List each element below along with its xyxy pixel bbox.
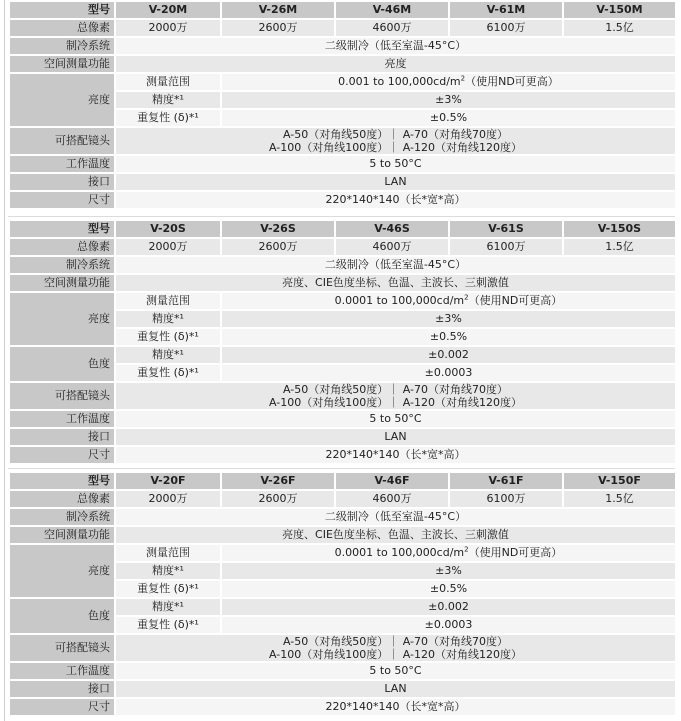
interface-value: LAN <box>116 681 675 697</box>
lum-repeat-value: ±0.5% <box>222 581 675 597</box>
lum-accuracy-label: 精度*¹ <box>116 92 220 108</box>
cooling-value: 二级制冷（低至室温-45°C） <box>116 38 675 54</box>
pixels-label: 总像素 <box>10 491 114 507</box>
lens-line-1: A-50（对角线50度）｜ A-70（对角线70度） <box>116 635 675 648</box>
size-label: 尺寸 <box>10 699 114 715</box>
chroma-accuracy-label: 精度*¹ <box>116 347 220 363</box>
temp-row: 工作温度 5 to 50°C <box>10 663 675 679</box>
chroma-accuracy-value: ±0.002 <box>222 599 675 615</box>
lens-line-2: A-100（对角线100度）｜ A-120（对角线120度） <box>116 396 675 409</box>
interface-value: LAN <box>116 429 675 445</box>
luminance-label: 亮度 <box>10 293 114 345</box>
lum-repeat-value: ±0.5% <box>222 329 675 345</box>
temp-row: 工作温度 5 to 50°C <box>10 156 675 172</box>
chroma-accuracy-label: 精度*¹ <box>116 599 220 615</box>
size-value: 220*140*140（长*宽*高） <box>116 699 675 715</box>
lum-range-text: 0.0001 to 100,000cd/m <box>335 546 464 559</box>
size-row: 尺寸 220*140*140（长*宽*高） <box>10 192 675 208</box>
temp-label: 工作温度 <box>10 156 114 172</box>
spatial-value: 亮度、CIE色度坐标、色温、主波长、三刺激值 <box>116 527 675 543</box>
lum-range-value: 0.001 to 100,000cd/m2（使用ND可更高） <box>222 74 675 90</box>
chroma-repeat-label: 重复性 (δ)*¹ <box>116 617 220 633</box>
model-cell: V-61M <box>450 2 562 18</box>
size-row: 尺寸 220*140*140（长*宽*高） <box>10 699 675 715</box>
table-separator <box>8 468 675 469</box>
pixels-cell: 2600万 <box>222 20 334 36</box>
spatial-row: 空间测量功能 亮度 <box>10 56 675 72</box>
lens-line-1: A-50（对角线50度）｜ A-70（对角线70度） <box>116 128 675 141</box>
spec-table-f: 型号 V-20F V-26F V-46F V-61F V-150F 总像素 20… <box>8 471 677 717</box>
pixels-cell: 2000万 <box>116 20 220 36</box>
pixels-cell: 1.5亿 <box>564 491 675 507</box>
lens-value: A-50（对角线50度）｜ A-70（对角线70度）A-100（对角线100度）… <box>116 635 675 661</box>
chroma-accuracy-row: 色度 精度*¹ ±0.002 <box>10 599 675 615</box>
chroma-label: 色度 <box>10 347 114 381</box>
cooling-row: 制冷系统 二级制冷（低至室温-45°C） <box>10 257 675 273</box>
temp-value: 5 to 50°C <box>116 411 675 427</box>
temp-row: 工作温度 5 to 50°C <box>10 411 675 427</box>
model-cell: V-20S <box>116 221 220 237</box>
lum-repeat-value: ±0.5% <box>222 110 675 126</box>
chroma-repeat-label: 重复性 (δ)*¹ <box>116 365 220 381</box>
size-value: 220*140*140（长*宽*高） <box>116 447 675 463</box>
pixels-row: 总像素 2000万 2600万 4600万 6100万 1.5亿 <box>10 491 675 507</box>
model-label: 型号 <box>10 2 114 18</box>
lum-range-note: （使用ND可更高） <box>465 75 559 88</box>
lens-label: 可搭配镜头 <box>10 635 114 661</box>
lens-label: 可搭配镜头 <box>10 383 114 409</box>
spatial-row: 空间测量功能 亮度、CIE色度坐标、色温、主波长、三刺激值 <box>10 527 675 543</box>
spatial-label: 空间测量功能 <box>10 56 114 72</box>
lens-value: A-50（对角线50度）｜ A-70（对角线70度）A-100（对角线100度）… <box>116 128 675 154</box>
lum-repeat-label: 重复性 (δ)*¹ <box>116 110 220 126</box>
left-border-line <box>4 0 5 721</box>
lum-range-value: 0.0001 to 100,000cd/m2（使用ND可更高） <box>222 545 675 561</box>
interface-row: 接口 LAN <box>10 429 675 445</box>
temp-label: 工作温度 <box>10 411 114 427</box>
pixels-cell: 4600万 <box>336 239 448 255</box>
cooling-value: 二级制冷（低至室温-45°C） <box>116 257 675 273</box>
model-row: 型号 V-20S V-26S V-46S V-61S V-150S <box>10 221 675 237</box>
luminance-label: 亮度 <box>10 545 114 597</box>
lens-line-2: A-100（对角线100度）｜ A-120（对角线120度） <box>116 141 675 154</box>
lum-accuracy-value: ±3% <box>222 563 675 579</box>
lens-row: 可搭配镜头 A-50（对角线50度）｜ A-70（对角线70度）A-100（对角… <box>10 383 675 409</box>
lens-line-2: A-100（对角线100度）｜ A-120（对角线120度） <box>116 648 675 661</box>
lum-range-value: 0.0001 to 100,000cd/m2（使用ND可更高） <box>222 293 675 309</box>
lum-range-row: 亮度 测量范围 0.0001 to 100,000cd/m2（使用ND可更高） <box>10 545 675 561</box>
lens-value: A-50（对角线50度）｜ A-70（对角线70度）A-100（对角线100度）… <box>116 383 675 409</box>
temp-value: 5 to 50°C <box>116 663 675 679</box>
interface-label: 接口 <box>10 681 114 697</box>
lum-repeat-label: 重复性 (δ)*¹ <box>116 329 220 345</box>
lum-range-row: 亮度 测量范围 0.0001 to 100,000cd/m2（使用ND可更高） <box>10 293 675 309</box>
model-cell: V-26F <box>222 473 334 489</box>
pixels-cell: 1.5亿 <box>564 239 675 255</box>
model-cell: V-46F <box>336 473 448 489</box>
pixels-cell: 6100万 <box>450 491 562 507</box>
interface-label: 接口 <box>10 174 114 190</box>
table-separator <box>8 216 675 217</box>
model-cell: V-150F <box>564 473 675 489</box>
lum-repeat-label: 重复性 (δ)*¹ <box>116 581 220 597</box>
temp-value: 5 to 50°C <box>116 156 675 172</box>
pixels-cell: 4600万 <box>336 491 448 507</box>
model-row: 型号 V-20F V-26F V-46F V-61F V-150F <box>10 473 675 489</box>
size-label: 尺寸 <box>10 192 114 208</box>
pixels-cell: 6100万 <box>450 20 562 36</box>
pixels-label: 总像素 <box>10 20 114 36</box>
cooling-row: 制冷系统 二级制冷（低至室温-45°C） <box>10 38 675 54</box>
model-cell: V-150S <box>564 221 675 237</box>
model-row: 型号 V-20M V-26M V-46M V-61M V-150M <box>10 2 675 18</box>
pixels-cell: 6100万 <box>450 239 562 255</box>
spatial-label: 空间测量功能 <box>10 275 114 291</box>
model-cell: V-26S <box>222 221 334 237</box>
interface-row: 接口 LAN <box>10 174 675 190</box>
model-cell: V-150M <box>564 2 675 18</box>
pixels-row: 总像素 2000万 2600万 4600万 6100万 1.5亿 <box>10 20 675 36</box>
cooling-label: 制冷系统 <box>10 257 114 273</box>
lum-range-note: （使用ND可更高） <box>469 546 563 559</box>
model-cell: V-46S <box>336 221 448 237</box>
model-cell: V-46M <box>336 2 448 18</box>
lum-accuracy-value: ±3% <box>222 311 675 327</box>
spatial-label: 空间测量功能 <box>10 527 114 543</box>
cooling-value: 二级制冷（低至室温-45°C） <box>116 509 675 525</box>
spec-table-s: 型号 V-20S V-26S V-46S V-61S V-150S 总像素 20… <box>8 219 677 465</box>
model-cell: V-26M <box>222 2 334 18</box>
interface-row: 接口 LAN <box>10 681 675 697</box>
pixels-cell: 2000万 <box>116 491 220 507</box>
lens-row: 可搭配镜头 A-50（对角线50度）｜ A-70（对角线70度）A-100（对角… <box>10 128 675 154</box>
interface-value: LAN <box>116 174 675 190</box>
model-cell: V-61S <box>450 221 562 237</box>
pixels-label: 总像素 <box>10 239 114 255</box>
lum-accuracy-label: 精度*¹ <box>116 563 220 579</box>
pixels-cell: 1.5亿 <box>564 20 675 36</box>
cooling-label: 制冷系统 <box>10 509 114 525</box>
lum-range-label: 测量范围 <box>116 545 220 561</box>
lens-row: 可搭配镜头 A-50（对角线50度）｜ A-70（对角线70度）A-100（对角… <box>10 635 675 661</box>
pixels-cell: 2600万 <box>222 491 334 507</box>
pixels-cell: 4600万 <box>336 20 448 36</box>
lum-accuracy-value: ±3% <box>222 92 675 108</box>
chroma-accuracy-value: ±0.002 <box>222 347 675 363</box>
lum-range-text: 0.001 to 100,000cd/m <box>338 75 460 88</box>
spatial-row: 空间测量功能 亮度、CIE色度坐标、色温、主波长、三刺激值 <box>10 275 675 291</box>
cooling-label: 制冷系统 <box>10 38 114 54</box>
chroma-accuracy-row: 色度 精度*¹ ±0.002 <box>10 347 675 363</box>
model-label: 型号 <box>10 221 114 237</box>
interface-label: 接口 <box>10 429 114 445</box>
model-cell: V-61F <box>450 473 562 489</box>
model-cell: V-20F <box>116 473 220 489</box>
model-label: 型号 <box>10 473 114 489</box>
lum-range-note: （使用ND可更高） <box>469 294 563 307</box>
cooling-row: 制冷系统 二级制冷（低至室温-45°C） <box>10 509 675 525</box>
size-row: 尺寸 220*140*140（长*宽*高） <box>10 447 675 463</box>
lum-range-row: 亮度 测量范围 0.001 to 100,000cd/m2（使用ND可更高） <box>10 74 675 90</box>
lum-accuracy-label: 精度*¹ <box>116 311 220 327</box>
lens-label: 可搭配镜头 <box>10 128 114 154</box>
size-label: 尺寸 <box>10 447 114 463</box>
lens-line-1: A-50（对角线50度）｜ A-70（对角线70度） <box>116 383 675 396</box>
temp-label: 工作温度 <box>10 663 114 679</box>
lum-range-label: 测量范围 <box>116 293 220 309</box>
lum-range-text: 0.0001 to 100,000cd/m <box>335 294 464 307</box>
chroma-repeat-value: ±0.0003 <box>222 365 675 381</box>
pixels-cell: 2000万 <box>116 239 220 255</box>
luminance-label: 亮度 <box>10 74 114 126</box>
lum-range-label: 测量范围 <box>116 74 220 90</box>
chroma-label: 色度 <box>10 599 114 633</box>
pixels-row: 总像素 2000万 2600万 4600万 6100万 1.5亿 <box>10 239 675 255</box>
model-cell: V-20M <box>116 2 220 18</box>
spatial-value: 亮度、CIE色度坐标、色温、主波长、三刺激值 <box>116 275 675 291</box>
chroma-repeat-value: ±0.0003 <box>222 617 675 633</box>
spatial-value: 亮度 <box>116 56 675 72</box>
spec-table-m: 型号 V-20M V-26M V-46M V-61M V-150M 总像素 20… <box>8 0 677 210</box>
size-value: 220*140*140（长*宽*高） <box>116 192 675 208</box>
pixels-cell: 2600万 <box>222 239 334 255</box>
